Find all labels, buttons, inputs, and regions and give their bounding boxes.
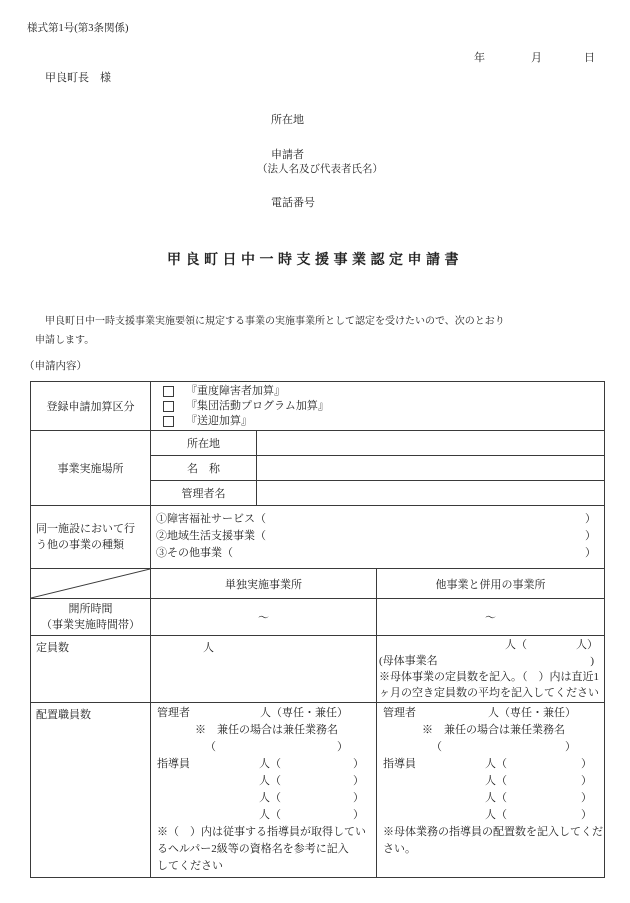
staffing-note: るヘルパー2級等の資格名を参考に記入 xyxy=(157,841,376,858)
date-month-label: 月 xyxy=(531,49,542,65)
applicant-phone-label: 電話番号 xyxy=(271,194,315,210)
row-addition-category: 登録申請加算区分 『重度障害者加算』 『集団活動プログラム加算』 『送迎加算』 xyxy=(31,382,604,430)
field-label: 所在地 xyxy=(151,431,257,455)
checkbox[interactable] xyxy=(163,386,174,397)
person-open: 人（ xyxy=(485,790,507,807)
address-value-cell[interactable] xyxy=(257,431,604,455)
checkbox[interactable] xyxy=(163,401,174,412)
capacity-note: ヶ月の空き定員数の平均を記入してください xyxy=(379,685,600,701)
field-label: 名 称 xyxy=(151,456,257,480)
paren-open: （ xyxy=(205,739,216,756)
other-business-items: ①障害福祉サービス（ ） ②地域生活支援事業（ ） ③その他事業（ ） xyxy=(150,506,604,568)
capacity-line1: 人（ 人） xyxy=(379,637,600,653)
addition-category-label: 登録申請加算区分 xyxy=(31,382,150,430)
row-other-business: 同一施設において行 う他の事業の種類 ①障害福祉サービス（ ） ②地域生活支援事… xyxy=(31,505,604,568)
person-open: 人（ xyxy=(259,756,281,773)
application-form-page: 様式第1号(第3条関係) 年 月 日 甲良町長 様 所在地 申請者 （法人名及び… xyxy=(0,0,630,903)
location-field-address: 所在地 xyxy=(151,431,604,455)
application-table: 登録申請加算区分 『重度障害者加算』 『集団活動プログラム加算』 『送迎加算』 … xyxy=(30,381,605,878)
staffing-note: さい。 xyxy=(383,841,604,858)
capacity-combined-cell: 人（ 人） (母体事業名 ) ※母体事業の定員数を記入。（ ）内は直近1 ヶ月の… xyxy=(376,636,604,702)
form-number: 様式第1号(第3条関係) xyxy=(27,20,129,35)
addition-option-group-program: 『集団活動プログラム加算』 xyxy=(163,399,604,414)
addition-option-heavy-disability: 『重度障害者加算』 xyxy=(163,384,604,399)
person-close: ） xyxy=(353,773,364,790)
location-label: 事業実施場所 xyxy=(31,431,150,505)
name-value-cell[interactable] xyxy=(257,456,604,480)
person-open: 人（ xyxy=(485,807,507,824)
row-column-headers: 単独実施事業所 他事業と併用の事業所 xyxy=(31,568,604,598)
addition-options-cell: 『重度障害者加算』 『集団活動プログラム加算』 『送迎加算』 xyxy=(150,382,604,430)
person-close: ） xyxy=(353,756,364,773)
diagonal-divider-line xyxy=(31,569,150,598)
person-close: ） xyxy=(581,790,592,807)
other-business-item-2: ②地域生活支援事業（ ） xyxy=(156,528,596,545)
item-text: ②地域生活支援事業（ xyxy=(156,528,266,545)
instructor-line: 人（ ） xyxy=(157,773,376,790)
staffing-label: 配置職員数 xyxy=(31,703,150,877)
manager-label: 管理者 xyxy=(157,705,190,722)
item-close-paren: ） xyxy=(585,528,596,545)
person-close: ） xyxy=(353,790,364,807)
hours-single-cell[interactable]: ～ xyxy=(150,599,376,635)
addition-option-transport: 『送迎加算』 xyxy=(163,414,604,429)
hours-label: 開所時間 （事業実施時間帯） xyxy=(31,599,150,635)
capacity-single-cell[interactable]: 人 xyxy=(150,636,376,702)
applicant-address-label: 所在地 xyxy=(271,111,304,127)
other-business-label: 同一施設において行 う他の事業の種類 xyxy=(31,506,150,568)
person-open: 人（ xyxy=(259,790,281,807)
person-close: ） xyxy=(581,807,592,824)
instructor-label: 指導員 xyxy=(383,756,485,773)
form-title: 甲良町日中一時支援事業認定申請書 xyxy=(0,249,630,269)
label-line: 開所時間 xyxy=(31,601,150,617)
instructor-line: 人（ ） xyxy=(383,773,604,790)
applicant-name-note: （法人名及び代表者氏名） xyxy=(257,161,383,176)
instructor-line: 指導員 人（ ） xyxy=(383,756,604,773)
parent-name-open: (母体事業名 xyxy=(379,653,438,669)
hours-combined-cell[interactable]: ～ xyxy=(376,599,604,635)
manager-value: 人（専任・兼任） xyxy=(260,705,348,722)
manager-value: 人（専任・兼任） xyxy=(488,705,576,722)
staffing-single-cell: 管理者 人（専任・兼任） ※ 兼任の場合は兼任業務名 （ ） 指導員 人（ ） … xyxy=(150,703,376,877)
label-line: 同一施設において行 xyxy=(36,521,150,537)
label-line: （事業実施時間帯） xyxy=(31,617,150,633)
manager-line: 管理者 人（専任・兼任） xyxy=(383,705,604,722)
item-close-paren: ） xyxy=(585,511,596,528)
column-header-single: 単独実施事業所 xyxy=(150,569,376,598)
diagonal-cell xyxy=(31,569,150,598)
capacity-close: 人） xyxy=(576,637,598,653)
capacity-label: 定員数 xyxy=(31,636,150,702)
kennin-paren-line: （ ） xyxy=(157,739,376,756)
item-close-paren: ） xyxy=(585,545,596,562)
item-text: ③その他事業（ xyxy=(156,545,233,562)
body-line: 甲良町日中一時支援事業実施要領に規定する事業の実施事業所として認定を受けたいので… xyxy=(35,312,505,331)
person-open: 人（ xyxy=(485,773,507,790)
location-field-name: 名 称 xyxy=(151,455,604,480)
kennin-paren-line: （ ） xyxy=(383,739,604,756)
label-line: う他の事業の種類 xyxy=(36,537,150,553)
date-year-label: 年 xyxy=(474,49,485,65)
staffing-combined-cell: 管理者 人（専任・兼任） ※ 兼任の場合は兼任業務名 （ ） 指導員 人（ ） … xyxy=(376,703,604,877)
capacity-open: 人（ xyxy=(505,637,527,653)
field-label: 管理者名 xyxy=(151,481,257,505)
manager-label: 管理者 xyxy=(383,705,416,722)
parent-name-close: ) xyxy=(590,653,594,669)
location-fields: 所在地 名 称 管理者名 xyxy=(150,431,604,505)
option-label: 『送迎加算』 xyxy=(186,414,252,429)
row-staffing: 配置職員数 管理者 人（専任・兼任） ※ 兼任の場合は兼任業務名 （ ） 指導員… xyxy=(31,702,604,877)
unit-label: 人 xyxy=(203,642,214,654)
paren-close: ） xyxy=(565,739,576,756)
person-close: ） xyxy=(581,756,592,773)
option-label: 『集団活動プログラム加算』 xyxy=(186,399,329,414)
row-hours: 開所時間 （事業実施時間帯） ～ ～ xyxy=(31,598,604,635)
staffing-note: ※（ ）内は従事する指導員が取得してい xyxy=(157,824,376,841)
instructor-line: 人（ ） xyxy=(383,807,604,824)
option-label: 『重度障害者加算』 xyxy=(186,384,285,399)
kennin-note: ※ 兼任の場合は兼任業務名 xyxy=(383,722,604,739)
applicant-name-label: 申請者 xyxy=(271,146,304,162)
manager-value-cell[interactable] xyxy=(257,481,604,505)
staffing-note: してください xyxy=(157,858,376,875)
person-open: 人（ xyxy=(259,807,281,824)
body-line: 申請します。 xyxy=(35,331,505,350)
section-label: （申請内容） xyxy=(24,358,87,373)
capacity-parent-name-line: (母体事業名 ) xyxy=(379,653,600,669)
instructor-line: 人（ ） xyxy=(157,807,376,824)
row-location: 事業実施場所 所在地 名 称 管理者名 xyxy=(31,430,604,505)
paren-close: ） xyxy=(337,739,348,756)
addressee: 甲良町長 様 xyxy=(45,69,111,85)
instructor-line: 人（ ） xyxy=(383,790,604,807)
person-close: ） xyxy=(581,773,592,790)
instructor-label: 指導員 xyxy=(157,756,259,773)
other-business-item-1: ①障害福祉サービス（ ） xyxy=(156,511,596,528)
manager-line: 管理者 人（専任・兼任） xyxy=(157,705,376,722)
instructor-line: 指導員 人（ ） xyxy=(157,756,376,773)
body-paragraph: 甲良町日中一時支援事業実施要領に規定する事業の実施事業所として認定を受けたいので… xyxy=(35,312,505,350)
person-open: 人（ xyxy=(485,756,507,773)
checkbox[interactable] xyxy=(163,416,174,427)
person-close: ） xyxy=(353,807,364,824)
other-business-item-3: ③その他事業（ ） xyxy=(156,545,596,562)
instructor-line: 人（ ） xyxy=(157,790,376,807)
kennin-note: ※ 兼任の場合は兼任業務名 xyxy=(157,722,376,739)
capacity-note: ※母体事業の定員数を記入。（ ）内は直近1 xyxy=(379,669,600,685)
column-header-combined: 他事業と併用の事業所 xyxy=(376,569,604,598)
staffing-note: ※母体業務の指導員の配置数を記入してくだ xyxy=(383,824,604,841)
person-open: 人（ xyxy=(259,773,281,790)
date-day-label: 日 xyxy=(584,49,595,65)
row-capacity: 定員数 人 人（ 人） (母体事業名 ) ※母体事業の定員数を記入。（ ）内は直… xyxy=(31,635,604,702)
item-text: ①障害福祉サービス（ xyxy=(156,511,266,528)
location-field-manager: 管理者名 xyxy=(151,480,604,505)
paren-open: （ xyxy=(431,739,442,756)
